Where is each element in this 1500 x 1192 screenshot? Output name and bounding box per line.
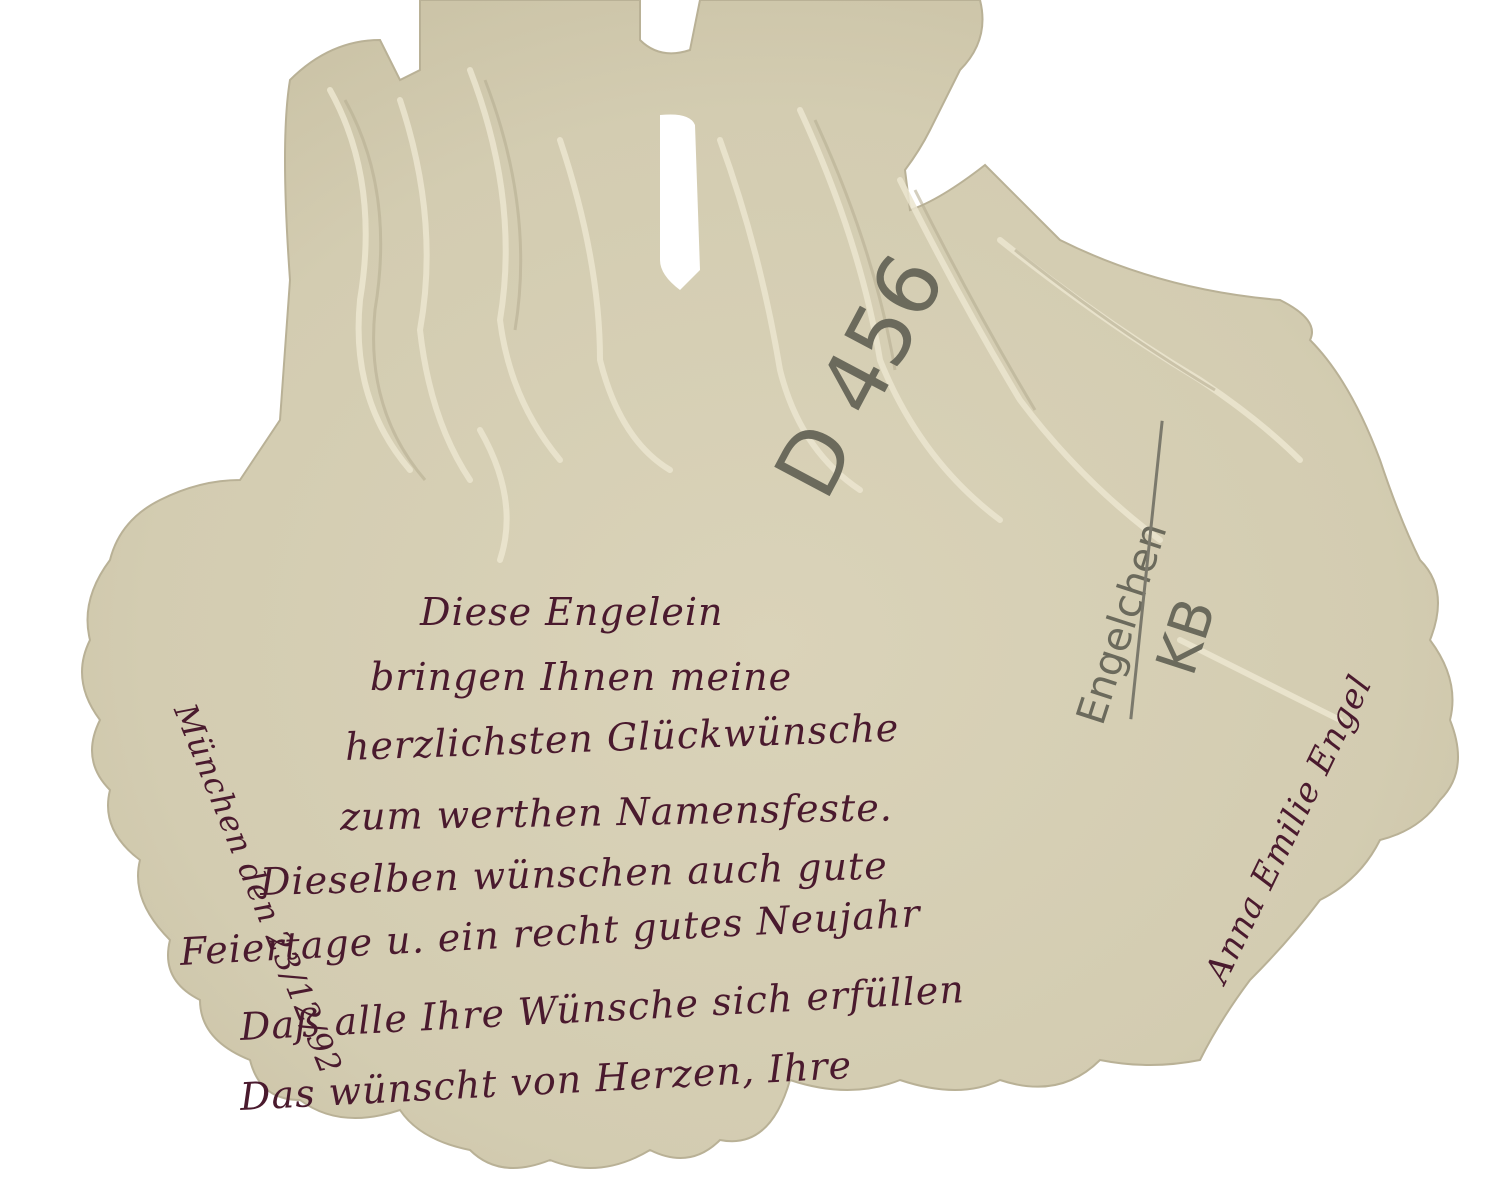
cutout-hole [660,114,700,290]
message-line-1: Diese Engelein [420,590,723,634]
card-photo: D 456 Engelchen KB Diese Engelein bringe… [0,0,1500,1192]
message-line-2: bringen Ihnen meine [370,655,792,699]
